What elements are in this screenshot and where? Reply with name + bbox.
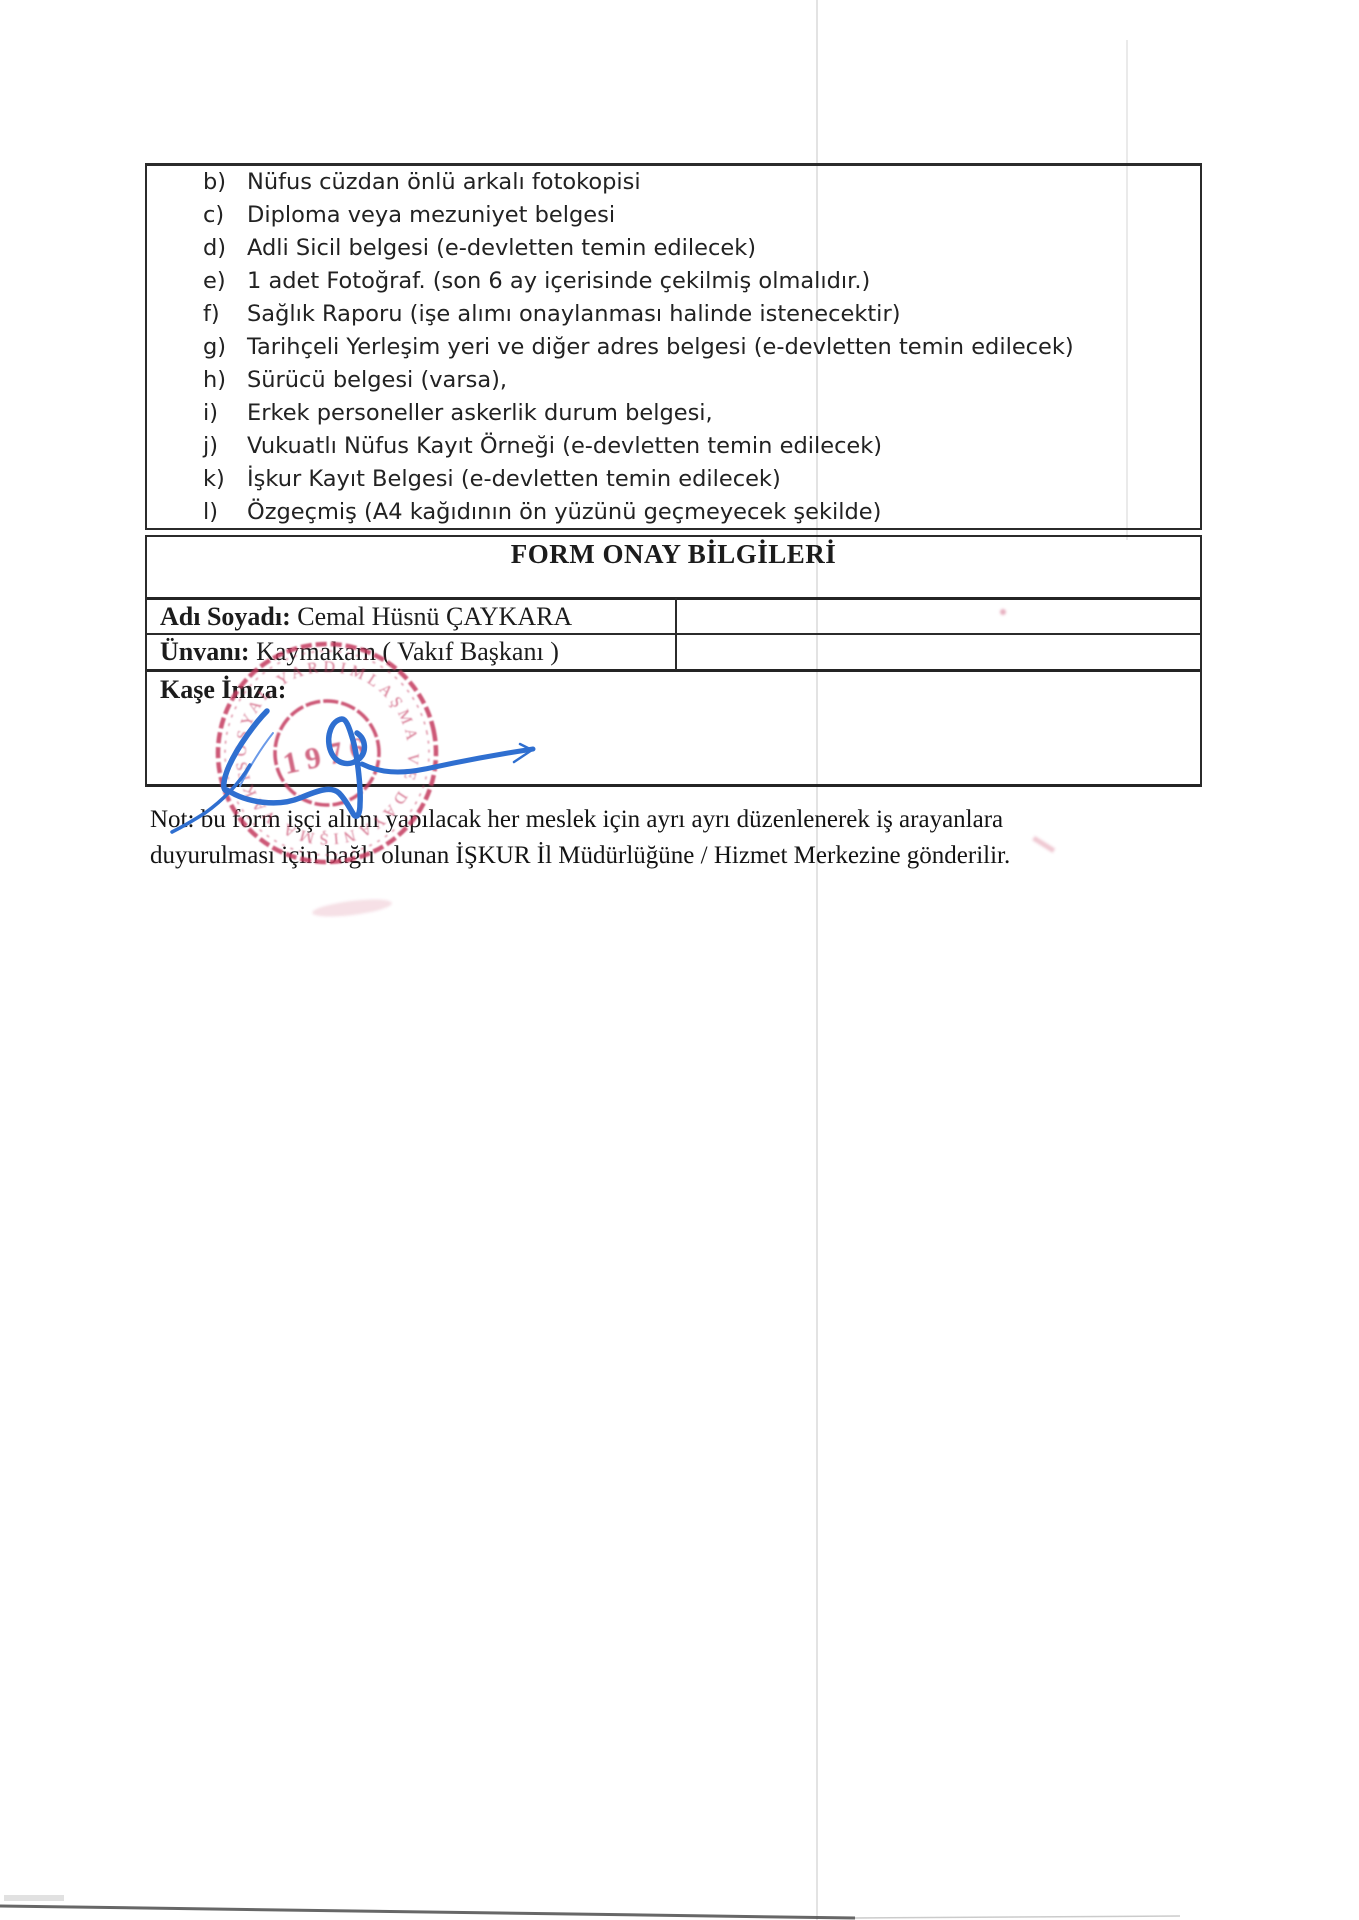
row-value: Cemal Hüsnü ÇAYKARA: [297, 602, 572, 631]
item-label: d): [203, 232, 247, 265]
checklist-item: g)Tarihçeli Yerleşim yeri ve diğer adres…: [147, 331, 1200, 364]
item-text: Tarihçeli Yerleşim yeri ve diğer adres b…: [247, 331, 1200, 364]
scanned-form-page: b)Nüfus cüzdan önlü arkalı fotokopisi c)…: [0, 0, 1359, 1920]
checklist-item: c)Diploma veya mezuniyet belgesi: [147, 199, 1200, 232]
checklist-item: f)Sağlık Raporu (işe alımı onaylanması h…: [147, 298, 1200, 331]
checklist-item: l)Özgeçmiş (A4 kağıdının ön yüzünü geçme…: [147, 496, 1200, 529]
row-value: Kaymakam ( Vakıf Başkanı ): [256, 637, 559, 666]
column-divider: [675, 598, 677, 670]
item-text: Adli Sicil belgesi (e-devletten temin ed…: [247, 232, 1200, 265]
checklist-item: d)Adli Sicil belgesi (e-devletten temin …: [147, 232, 1200, 265]
row-label: Adı Soyadı:: [160, 602, 291, 631]
note-line-2: duyurulması için bağlı olunan İŞKUR İl M…: [150, 842, 1010, 870]
checklist-item: j)Vukuatlı Nüfus Kayıt Örneği (e-devlett…: [147, 430, 1200, 463]
item-text: Erkek personeller askerlik durum belgesi…: [247, 397, 1200, 430]
item-label: g): [203, 331, 247, 364]
table-row-name: Adı Soyadı: Cemal Hüsnü ÇAYKARA: [147, 600, 1200, 635]
checklist-item: h)Sürücü belgesi (varsa),: [147, 364, 1200, 397]
item-label: c): [203, 199, 247, 232]
item-label: e): [203, 265, 247, 298]
required-documents-box: b)Nüfus cüzdan önlü arkalı fotokopisi c)…: [145, 163, 1202, 530]
item-text: İşkur Kayıt Belgesi (e-devletten temin e…: [247, 463, 1200, 496]
item-label: b): [203, 166, 247, 199]
approval-table: FORM ONAY BİLGİLERİ Adı Soyadı: Cemal Hü…: [145, 535, 1202, 787]
item-text: 1 adet Fotoğraf. (son 6 ay içerisinde çe…: [247, 265, 1200, 298]
item-label: l): [203, 496, 247, 529]
item-text: Nüfus cüzdan önlü arkalı fotokopisi: [247, 166, 1200, 199]
item-text: Özgeçmiş (A4 kağıdının ön yüzünü geçmeye…: [247, 496, 1200, 529]
item-text: Sürücü belgesi (varsa),: [247, 364, 1200, 397]
item-text: Sağlık Raporu (işe alımı onaylanması hal…: [247, 298, 1200, 331]
item-label: i): [203, 397, 247, 430]
table-row-title: Ünvanı: Kaymakam ( Vakıf Başkanı ): [147, 635, 1200, 672]
item-label: h): [203, 364, 247, 397]
item-label: j): [203, 430, 247, 463]
table-row-stamp-signature: Kaşe İmza:: [147, 672, 1200, 787]
page-edge-line: [0, 1895, 1180, 1918]
checklist-item: i)Erkek personeller askerlik durum belge…: [147, 397, 1200, 430]
checklist-item: e)1 adet Fotoğraf. (son 6 ay içerisinde …: [147, 265, 1200, 298]
checklist-item: b)Nüfus cüzdan önlü arkalı fotokopisi: [147, 166, 1200, 199]
note-line-1: Not: bu form işçi alımı yapılacak her me…: [150, 806, 1003, 834]
item-label: f): [203, 298, 247, 331]
checklist-item: k)İşkur Kayıt Belgesi (e-devletten temin…: [147, 463, 1200, 496]
approval-section-title: FORM ONAY BİLGİLERİ: [147, 535, 1200, 600]
item-text: Diploma veya mezuniyet belgesi: [247, 199, 1200, 232]
row-label: Ünvanı:: [160, 637, 250, 666]
item-label: k): [203, 463, 247, 496]
item-text: Vukuatlı Nüfus Kayıt Örneği (e-devletten…: [247, 430, 1200, 463]
row-label: Kaşe İmza:: [160, 675, 286, 704]
